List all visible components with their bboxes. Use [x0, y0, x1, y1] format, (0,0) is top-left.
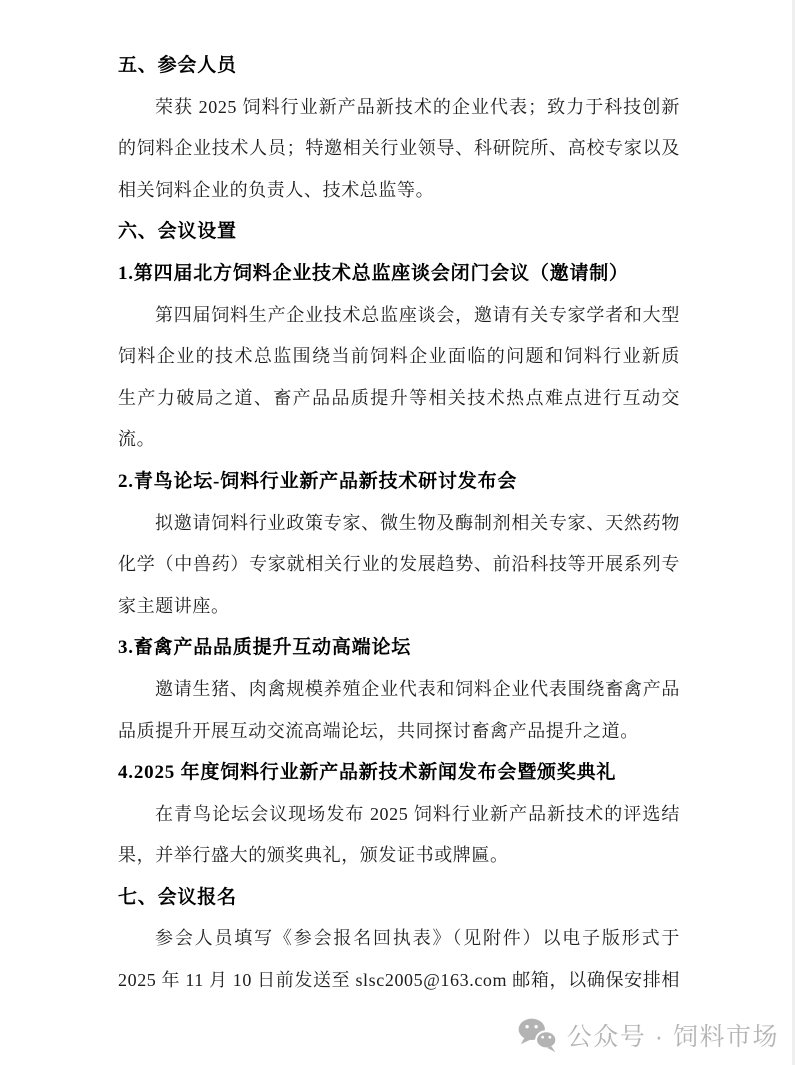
doc-line: 参会人员填写《参会报名回执表》（见附件）以电子版形式于	[118, 918, 680, 960]
doc-line: 邀请生猪、肉禽规模养殖企业代表和饲料企业代表围绕畜禽产品	[118, 669, 680, 711]
doc-heading: 3.畜禽产品品质提升互动高端论坛	[118, 627, 680, 669]
document-body: 五、参会人员荣获 2025 饲料行业新产品新技术的企业代表；致力于科技创新的饲料…	[0, 0, 795, 1002]
doc-line: 拟邀请饲料行业政策专家、微生物及酶制剂相关专家、天然药物	[118, 503, 680, 545]
doc-line: 生产力破局之道、畜产品品质提升等相关技术热点难点进行互动交	[118, 378, 680, 420]
doc-heading: 六、会议设置	[118, 211, 680, 253]
doc-line: 的饲料企业技术人员；特邀相关行业领导、科研院所、高校专家以及	[118, 128, 680, 170]
wechat-watermark: 公众号 · 饲料市场	[516, 1017, 779, 1053]
doc-line: 饲料企业的技术总监围绕当前饲料企业面临的问题和饲料行业新质	[118, 336, 680, 378]
doc-heading: 2.青鸟论坛-饲料行业新产品新技术研讨发布会	[118, 461, 680, 503]
doc-line: 在青鸟论坛会议现场发布 2025 饲料行业新产品新技术的评选结	[118, 794, 680, 836]
doc-line: 品质提升开展互动交流高端论坛，共同探讨畜禽产品提升之道。	[118, 711, 680, 753]
doc-heading: 五、参会人员	[118, 45, 680, 87]
doc-line: 相关饲料企业的负责人、技术总监等。	[118, 170, 680, 212]
doc-heading: 七、会议报名	[118, 877, 680, 919]
wechat-icon	[516, 1017, 558, 1053]
document-page: { "page": { "background": "#ffffff", "ed…	[0, 0, 795, 1065]
doc-line: 家主题讲座。	[118, 586, 680, 628]
doc-line: 化学（中兽药）专家就相关行业的发展趋势、前沿科技等开展系列专	[118, 544, 680, 586]
doc-heading: 1.第四届北方饲料企业技术总监座谈会闭门会议（邀请制）	[118, 253, 680, 295]
doc-line: 第四届饲料生产企业技术总监座谈会，邀请有关专家学者和大型	[118, 295, 680, 337]
watermark-text: 公众号 · 饲料市场	[567, 1017, 779, 1053]
doc-line: 2025 年 11 月 10 日前发送至 slsc2005@163.com 邮箱…	[118, 960, 680, 1002]
doc-line: 流。	[118, 419, 680, 461]
doc-line: 果，并举行盛大的颁奖典礼，颁发证书或牌匾。	[118, 835, 680, 877]
doc-heading: 4.2025 年度饲料行业新产品新技术新闻发布会暨颁奖典礼	[118, 752, 680, 794]
doc-line: 荣获 2025 饲料行业新产品新技术的企业代表；致力于科技创新	[118, 87, 680, 129]
